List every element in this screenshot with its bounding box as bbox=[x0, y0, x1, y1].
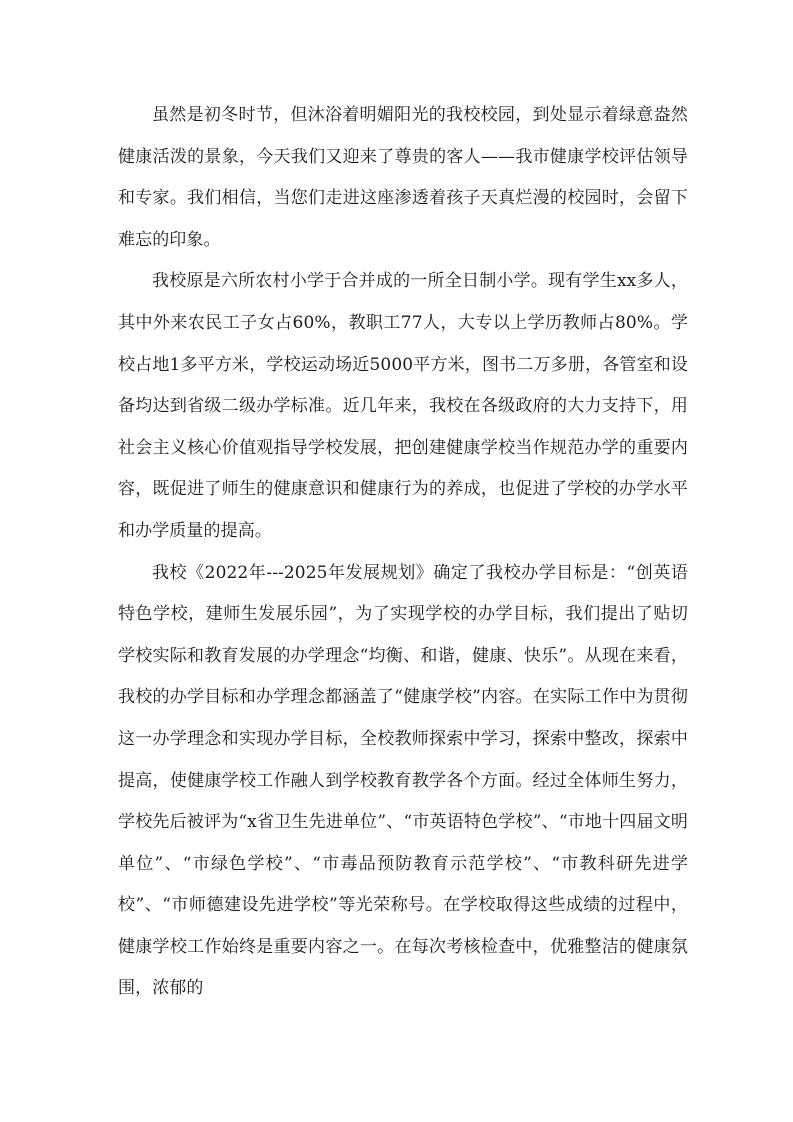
paragraph-1: 虽然是初冬时节，但沐浴着明媚阳光的我校校园，到处显示着绿意盎然健康活泼的景象，今… bbox=[118, 95, 688, 261]
paragraph-2: 我校原是六所农村小学于合并成的一所全日制小学。现有学生xx多人，其中外来农民工子… bbox=[118, 261, 688, 552]
paragraph-3: 我校《2022年---2025年发展规划》确定了我校办学目标是：“创英语特色学校… bbox=[118, 553, 688, 1011]
document-page: 虽然是初冬时节，但沐浴着明媚阳光的我校校园，到处显示着绿意盎然健康活泼的景象，今… bbox=[118, 95, 688, 1010]
